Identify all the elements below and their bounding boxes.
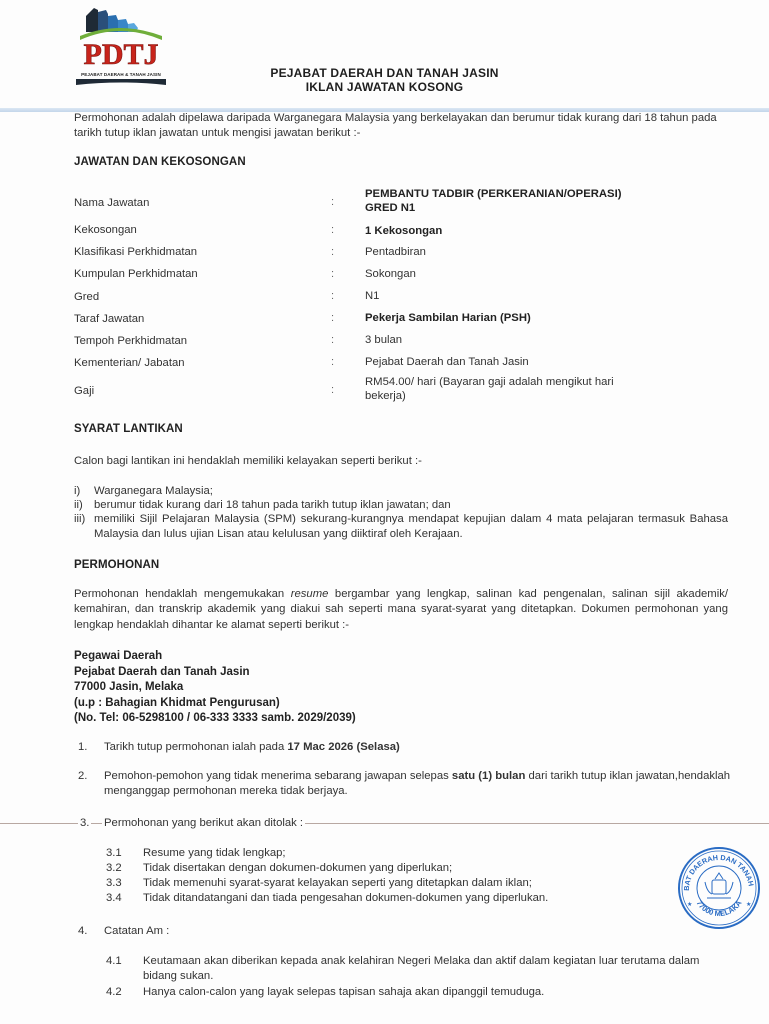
svg-text:★: ★ (746, 901, 751, 908)
stamp-seal-icon: PEJABAT DAERAH DAN TANAH JASIN 77000 MEL… (677, 846, 761, 930)
note-number: 4. (78, 925, 87, 937)
rejection-heading: Permohonan yang berikut akan ditolak : (102, 816, 305, 831)
section-heading-syarat: SYARAT LANTIKAN (74, 423, 183, 435)
list-item: Tidak ditandatangani dan tiada pengesaha… (143, 891, 548, 906)
list-marker: i) (74, 484, 80, 499)
mailing-address: Pegawai Daerah Pejabat Daerah dan Tanah … (74, 649, 356, 727)
sub-number: 3.3 (106, 877, 122, 889)
value-nama-jawatan: PEMBANTU TADBIR (PERKERANIAN/OPERASI) GR… (365, 187, 695, 215)
sub-number: 4.1 (106, 955, 122, 967)
list-item: Tidak disertakan dengan dokumen-dokumen … (143, 861, 452, 876)
value-kementerian: Pejabat Daerah dan Tanah Jasin (365, 355, 695, 369)
closing-date: 17 Mac 2026 (Selasa) (287, 741, 399, 753)
value-line-1: RM54.00/ hari (Bayaran gaji adalah mengi… (365, 375, 695, 389)
value-gaji: RM54.00/ hari (Bayaran gaji adalah mengi… (365, 375, 695, 403)
no-reply-note: Pemohon-pemohon yang tidak menerima seba… (104, 769, 732, 799)
list-item: Warganegara Malaysia; (94, 484, 213, 499)
address-line: 77000 Jasin, Melaka (74, 680, 356, 696)
value-kekosongan: 1 Kekosongan (365, 224, 695, 238)
value-klasifikasi: Pentadbiran (365, 245, 695, 259)
permohonan-paragraph: Permohonan hendaklah mengemukakan resume… (74, 587, 728, 633)
svg-text:77000 MELAKA: 77000 MELAKA (695, 898, 744, 918)
value-line-2: bekerja) (365, 389, 695, 403)
label-nama-jawatan: Nama Jawatan (74, 197, 149, 209)
label-taraf-jawatan: Taraf Jawatan (74, 313, 144, 325)
list-item: Hanya calon-calon yang layak selepas tap… (143, 985, 544, 1000)
colon: : (331, 356, 334, 368)
building-skyline-icon: PDTJ (72, 6, 170, 72)
colon: : (331, 224, 334, 236)
colon: : (331, 246, 334, 258)
sub-number: 3.4 (106, 892, 122, 904)
svg-text:★: ★ (687, 901, 692, 908)
list-marker: iii) (74, 512, 85, 527)
note-number: 1. (78, 741, 87, 753)
colon: : (331, 334, 334, 346)
section-heading-jawatan: JAWATAN DAN KEKOSONGAN (74, 156, 246, 168)
label-kementerian: Kementerian/ Jabatan (74, 357, 185, 369)
syarat-intro: Calon bagi lantikan ini hendaklah memili… (74, 454, 422, 469)
sub-number: 4.2 (106, 986, 122, 998)
text: Tarikh tutup permohonan ialah pada (104, 741, 287, 753)
value-kumpulan: Sokongan (365, 267, 695, 281)
note-number: 2. (78, 770, 87, 782)
sub-number: 3.2 (106, 862, 122, 874)
label-tempoh: Tempoh Perkhidmatan (74, 335, 187, 347)
list-item: Resume yang tidak lengkap; (143, 846, 286, 861)
colon: : (331, 384, 334, 396)
address-line: Pejabat Daerah dan Tanah Jasin (74, 665, 356, 681)
general-notes-heading: Catatan Am : (104, 924, 169, 939)
label-kekosongan: Kekosongan (74, 224, 137, 236)
page-title: IKLAN JAWATAN KOSONG (0, 80, 769, 94)
list-item: berumur tidak kurang dari 18 tahun pada … (94, 498, 451, 513)
value-taraf-jawatan: Pekerja Sambilan Harian (PSH) (365, 311, 695, 325)
sub-number: 3.1 (106, 847, 122, 859)
colon: : (331, 290, 334, 302)
list-item: Keutamaan akan diberikan kepada anak kel… (143, 954, 713, 984)
colon: : (331, 268, 334, 280)
closing-date-note: Tarikh tutup permohonan ialah pada 17 Ma… (104, 740, 400, 755)
value-line-2: GRED N1 (365, 201, 695, 215)
svg-text:PEJABAT DAERAH DAN TANAH JASIN: PEJABAT DAERAH DAN TANAH JASIN (677, 846, 756, 891)
text: Pemohon-pemohon yang tidak menerima seba… (104, 770, 452, 782)
list-marker: ii) (74, 498, 83, 513)
list-item: Tidak memenuhi syarat-syarat kelayakan s… (143, 876, 532, 891)
address-line: (u.p : Bahagian Khidmat Pengurusan) (74, 696, 356, 712)
section-heading-permohonan: PERMOHONAN (74, 559, 159, 571)
value-tempoh: 3 bulan (365, 333, 695, 347)
official-stamp: PEJABAT DAERAH DAN TANAH JASIN 77000 MEL… (677, 846, 761, 930)
label-gred: Gred (74, 291, 99, 303)
note-number: 3. (78, 817, 91, 829)
value-gred: N1 (365, 289, 695, 303)
text-italic: resume (291, 588, 329, 600)
text: Permohonan hendaklah mengemukakan (74, 588, 291, 600)
list-item: memiliki Sijil Pelajaran Malaysia (SPM) … (94, 512, 728, 541)
phone-numbers: (No. Tel: 06-5298100 / 06-333 3333 samb.… (74, 711, 356, 727)
office-title: PEJABAT DAERAH DAN TANAH JASIN (0, 66, 769, 80)
colon: : (331, 312, 334, 324)
label-klasifikasi: Klasifikasi Perkhidmatan (74, 246, 197, 258)
value-line-1: PEMBANTU TADBIR (PERKERANIAN/OPERASI) (365, 187, 695, 201)
label-gaji: Gaji (74, 385, 94, 397)
label-kumpulan: Kumpulan Perkhidmatan (74, 268, 198, 280)
intro-paragraph: Permohonan adalah dipelawa daripada Warg… (74, 111, 724, 141)
colon: : (331, 196, 334, 208)
address-line: Pegawai Daerah (74, 649, 356, 665)
text-bold: satu (1) bulan (452, 770, 525, 782)
